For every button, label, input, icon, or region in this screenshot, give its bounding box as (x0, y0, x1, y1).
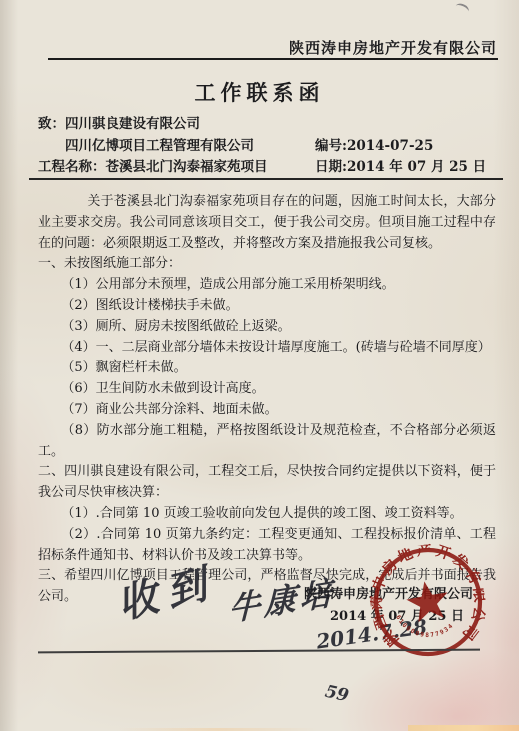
meta-rule (29, 178, 503, 180)
recipient-company-1: 四川骐良建设有限公司 (65, 116, 200, 132)
list-item: （7）商业公共部分涂料、地面未做。 (38, 400, 496, 421)
scan-edge-strip (408, 725, 519, 731)
letter-meta-block: 致：四川骐良建设有限公司 四川亿博项目工程管理有限公司 编号:2014-07-2… (38, 114, 499, 179)
list-item: （1）.合同第 10 页竣工验收前向发包人提供的竣工图、竣工资料等。 (38, 504, 496, 525)
project-label: 工程名称： (38, 159, 106, 175)
letter-date: 日期:2014 年 07 月 25 日 (315, 157, 486, 179)
list-item: （1）公用部分未预埋，造成公用部分施工采用桥架明线。 (38, 275, 496, 296)
reference-number: 编号:2014-07-25 (315, 136, 433, 158)
letterhead-rule (48, 58, 498, 60)
paragraph-intro: 关于苍溪县北门沟泰福家苑项目存在的问题，因施工时间太长，大部分业主要求交房。我公… (38, 192, 496, 254)
list-item: （5）飘窗栏杆未做。 (38, 358, 496, 379)
section-2-text: 二、四川骐良建设有限公司，工程交工后，尽快按合同约定提供以下资料，便于我公司尽快… (38, 462, 496, 504)
pen-mark (454, 2, 471, 17)
seal-star-icon (404, 578, 452, 624)
list-item: （2）图纸设计楼梯扶手未做。 (38, 296, 496, 317)
letterhead-company: 陕西涛申房地产开发有限公司 (289, 37, 497, 58)
section-1-title: 一、未按图纸施工部分： (38, 254, 496, 275)
recipient-row-2: 四川亿博项目工程管理有限公司 编号:2014-07-25 (38, 136, 499, 158)
recipient-company-2: 四川亿博项目工程管理有限公司 (38, 138, 254, 154)
scanned-document-page: 陕西涛申房地产开发有限公司 工作联系函 致：四川骐良建设有限公司 四川亿博项目工… (0, 0, 519, 731)
list-item: （3）厕所、厨房未按图纸做砼上返梁。 (38, 317, 496, 338)
project-name: 苍溪县北门沟泰福家苑项目 (106, 159, 268, 175)
recipient-row-1: 致：四川骐良建设有限公司 (38, 114, 499, 136)
list-item: （8）防水部分施工粗糙，严格按图纸设计及规范检查，不合格部分必须返工。 (38, 421, 496, 463)
handwritten-page-number: 59 (323, 682, 350, 706)
document-title: 工作联系函 (0, 77, 519, 107)
project-row: 工程名称：苍溪县北门沟泰福家苑项目 日期:2014 年 07 月 25 日 (38, 157, 499, 179)
to-label: 致： (38, 116, 65, 132)
list-item: （4）一、二层商业部分墙体未按设计墙厚度施工。(砖墙与砼墙不同厚度） (38, 338, 496, 359)
list-item: （6）卫生间防水未做到设计高度。 (38, 379, 496, 400)
